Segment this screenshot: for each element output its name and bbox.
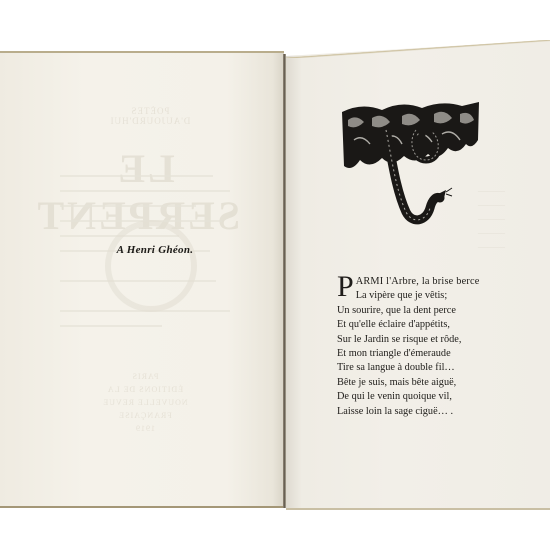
show-through-series: POÈTES D'AUJOURD'HUI xyxy=(95,106,205,126)
poem-dropcap: P xyxy=(337,275,354,299)
poem: P ARMI l'Arbre, la brise berce La vipère… xyxy=(337,275,517,419)
serpent-woodcut-icon xyxy=(342,100,479,228)
right-page-top-edge xyxy=(286,40,550,58)
dedication: A Henri Ghéon. xyxy=(100,244,210,256)
poem-line: Tire sa langue à double fil… xyxy=(337,361,517,375)
poem-line: De qui le venin quoique vil, xyxy=(337,390,517,404)
right-show-through: ——————————————— xyxy=(478,100,523,254)
poem-line: Et qu'elle éclaire d'appétits, xyxy=(337,318,517,332)
poem-line: Et mon triangle d'émeraude xyxy=(337,347,517,361)
show-through-emblem xyxy=(105,220,197,312)
open-book: POÈTES D'AUJOURD'HUI LE SERPENT PARIS ÉD… xyxy=(0,0,550,550)
book-gutter xyxy=(283,54,286,508)
poem-line: Bête je suis, mais bête aiguë, xyxy=(337,376,517,390)
poem-line: Sur le Jardin se risque et rôde, xyxy=(337,333,517,347)
poem-line: La vipère que je vêtis; xyxy=(337,289,517,303)
poem-line: ARMI l'Arbre, la brise berce xyxy=(337,275,517,289)
show-through-imprint: PARIS ÉDITIONS DE LA NOUVELLE REVUE FRAN… xyxy=(90,370,200,435)
poem-line: Laisse loin la sage ciguë… . xyxy=(337,405,517,419)
poem-line: Un sourire, que la dent perce xyxy=(337,304,517,318)
